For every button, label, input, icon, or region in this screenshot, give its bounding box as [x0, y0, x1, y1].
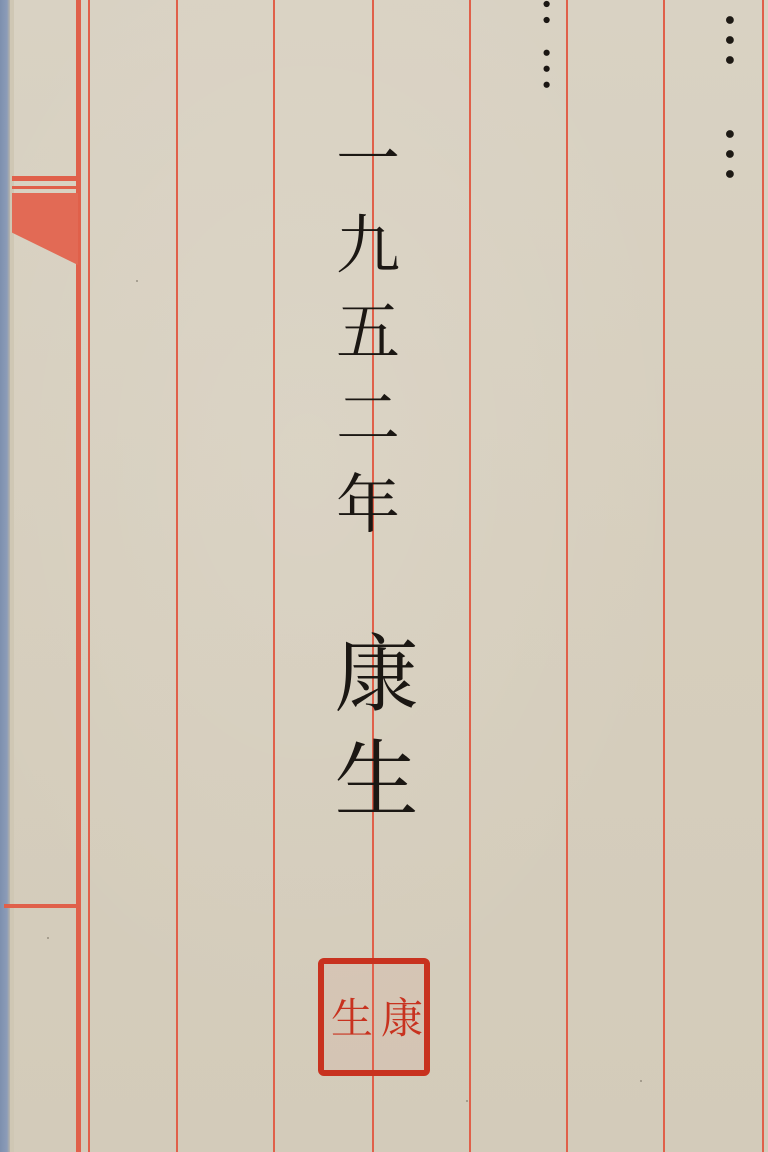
fishtail-mark	[12, 193, 78, 265]
paper-speck	[47, 937, 49, 939]
paper-edge	[10, 0, 14, 1152]
paper-speck	[136, 280, 138, 282]
red-seal: 康 生	[318, 958, 430, 1076]
border-line-outer	[76, 0, 81, 1152]
column-rule	[469, 0, 471, 1152]
right-text-column: ……	[712, 10, 768, 238]
paper-speck	[466, 1100, 468, 1102]
fishtail-bar-second	[12, 186, 78, 189]
top-text-fragment: ……	[532, 0, 588, 110]
seal-char: 康	[378, 996, 420, 1038]
signature: 康生	[328, 630, 412, 840]
fishtail-bar-top	[12, 176, 78, 181]
border-line-inner	[88, 0, 90, 1152]
column-rule	[566, 0, 568, 1152]
column-rule	[273, 0, 275, 1152]
paper-speck	[640, 1080, 642, 1082]
blue-mount-edge	[0, 0, 10, 1152]
column-rule	[176, 0, 178, 1152]
seal-char: 生	[328, 996, 370, 1038]
calligraphy-photo: …… …… 一九五二年 康生 康 生	[0, 0, 768, 1152]
date-inscription: 一九五二年	[330, 125, 394, 557]
horizontal-rule-mark	[4, 904, 78, 908]
column-rule	[663, 0, 665, 1152]
